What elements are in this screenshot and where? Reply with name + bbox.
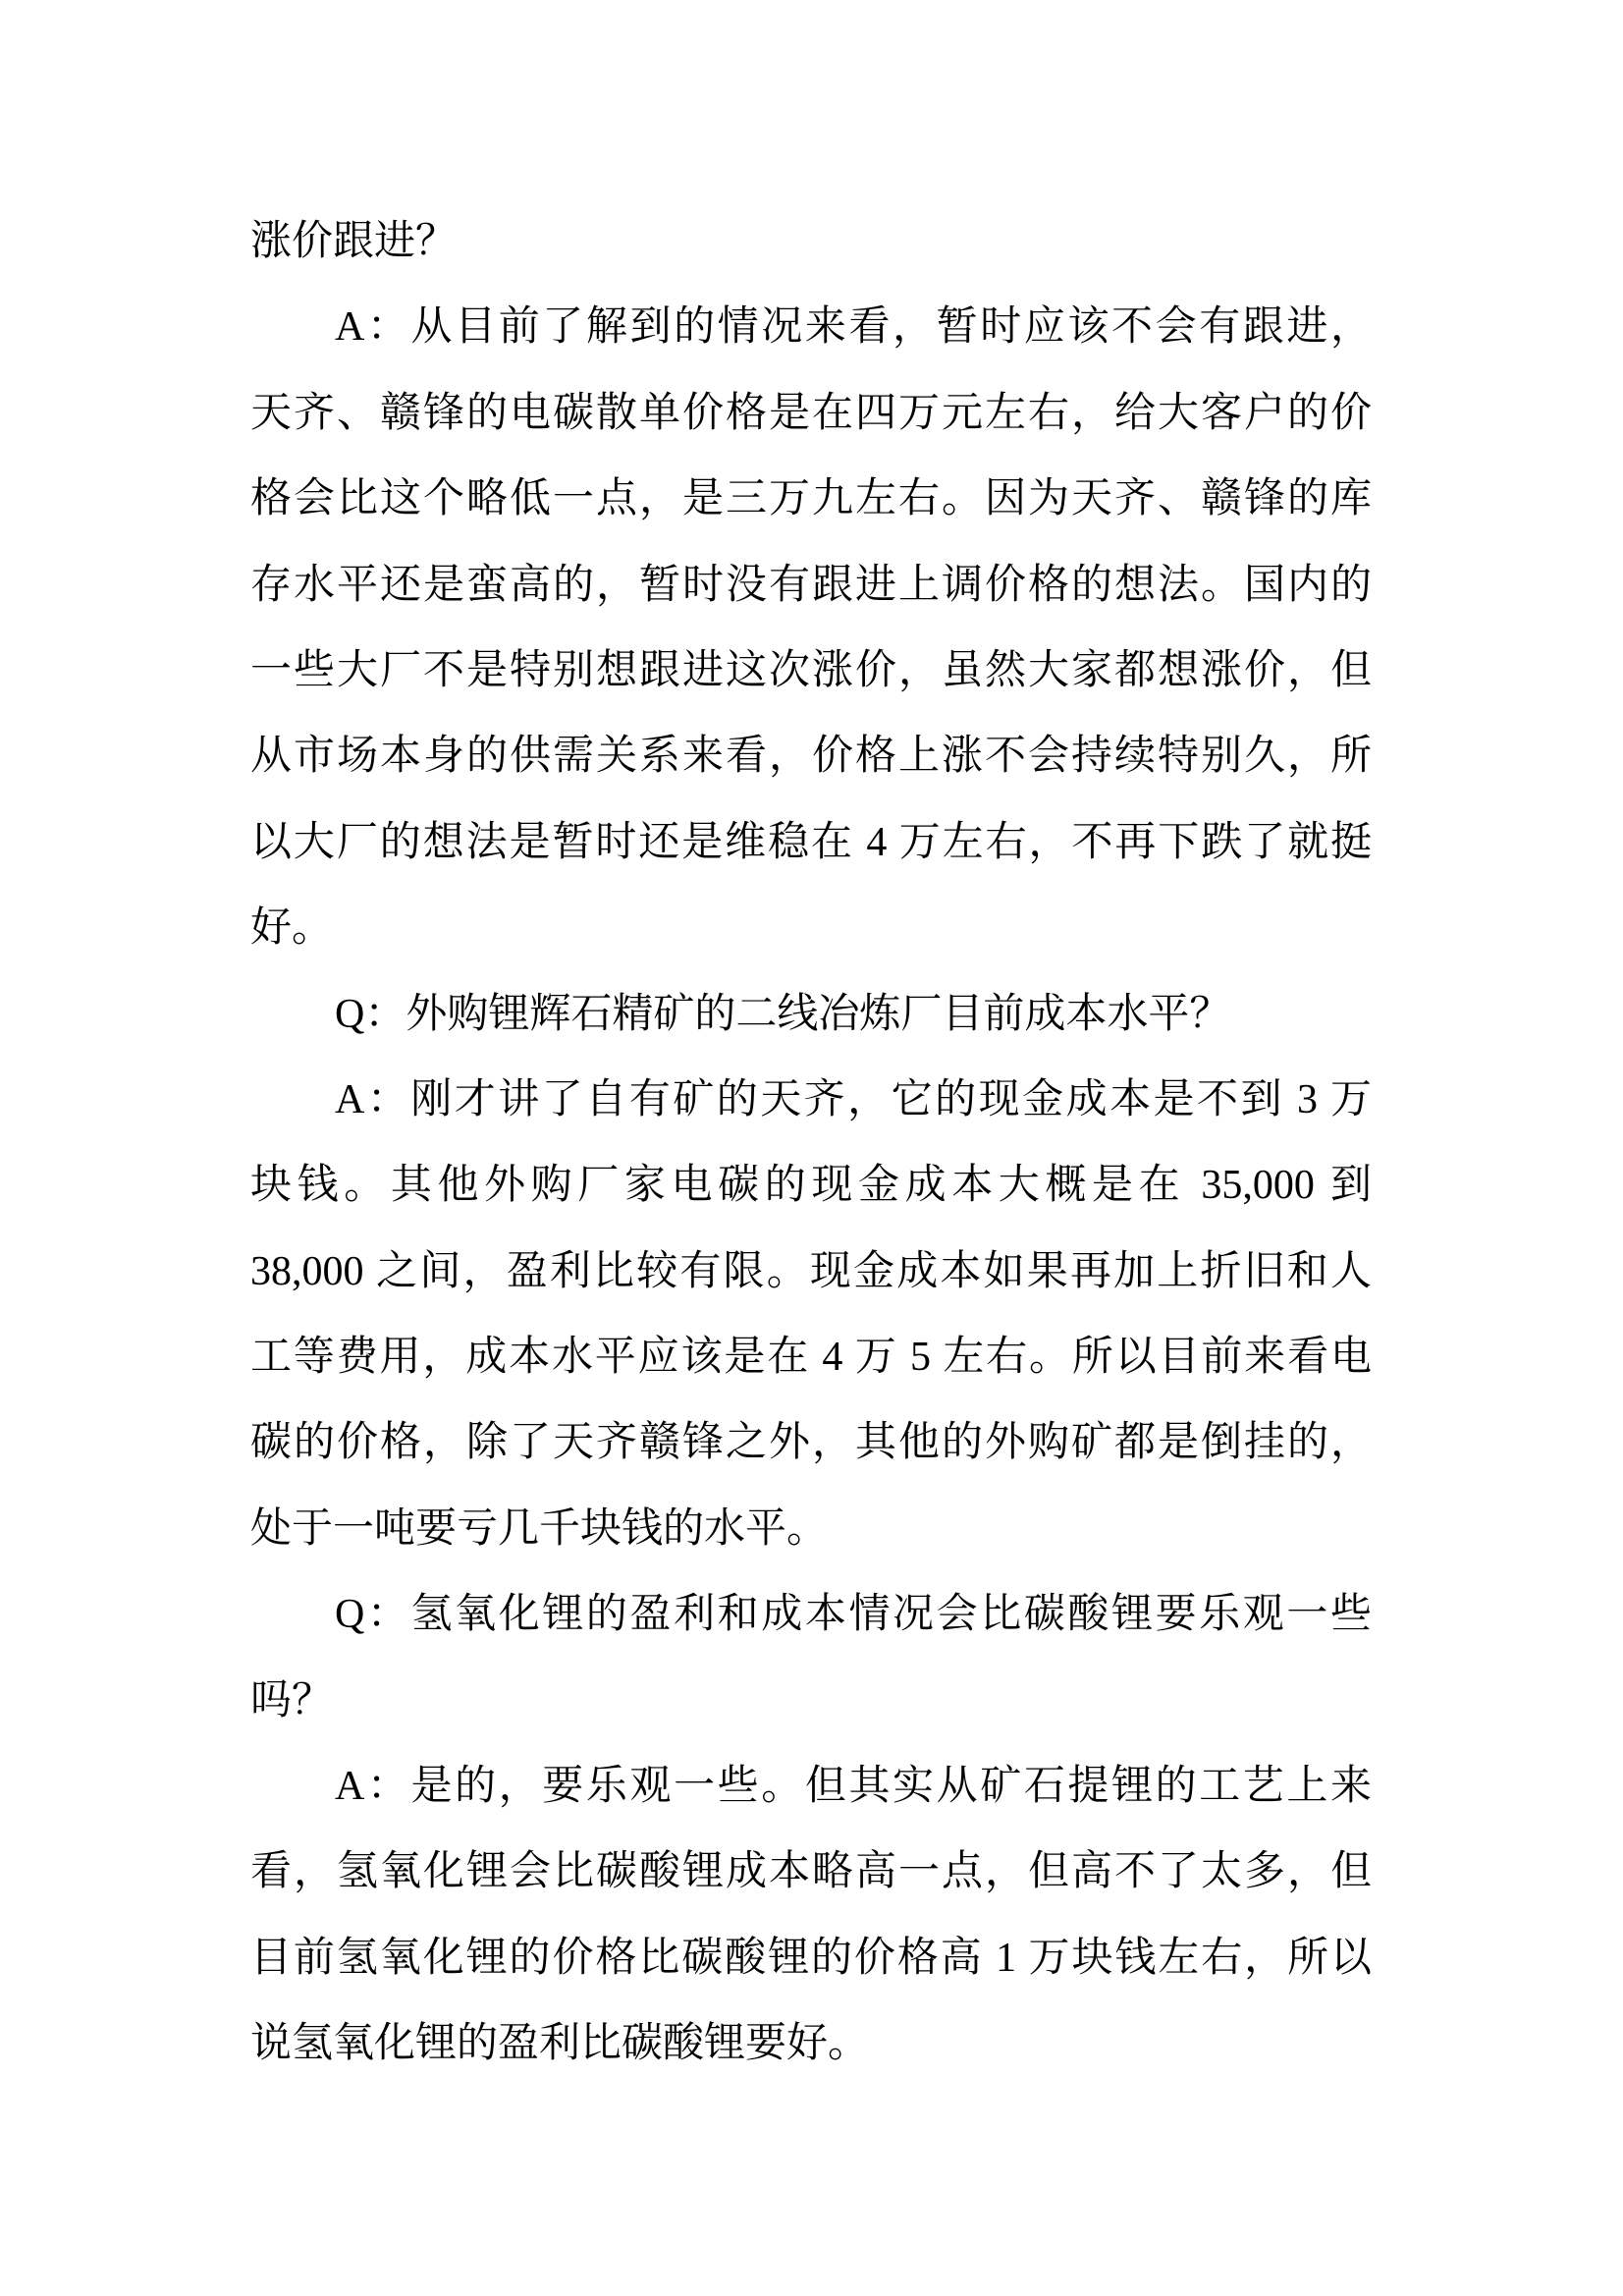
- text-line: 存水平还是蛮高的，暂时没有跟进上调价格的想法。国内的: [250, 543, 1372, 629]
- text-line: 处于一吨要亏几千块钱的水平。: [250, 1487, 1372, 1572]
- text-line: 涨价跟进？: [250, 199, 1372, 285]
- question-line: Q：氢氧化锂的盈利和成本情况会比碳酸锂要乐观一些: [250, 1572, 1372, 1658]
- text-line: 38,000 之间，盈利比较有限。现金成本如果再加上折旧和人: [250, 1230, 1372, 1315]
- text-line: 目前氢氧化锂的价格比碳酸锂的价格高 1 万块钱左右，所以: [250, 1916, 1372, 2001]
- text-line: 一些大厂不是特别想跟进这次涨价，虽然大家都想涨价，但: [250, 629, 1372, 714]
- question-line: Q：外购锂辉石精矿的二线冶炼厂目前成本水平？: [250, 972, 1372, 1058]
- answer-line: A：从目前了解到的情况来看，暂时应该不会有跟进，: [250, 285, 1372, 370]
- text-line: 天齐、赣锋的电碳散单价格是在四万元左右，给大客户的价: [250, 371, 1372, 457]
- text-line: 工等费用，成本水平应该是在 4 万 5 左右。所以目前来看电: [250, 1315, 1372, 1400]
- text-line: 碳的价格，除了天齐赣锋之外，其他的外购矿都是倒挂的，: [250, 1400, 1372, 1486]
- answer-line: A：刚才讲了自有矿的天齐，它的现金成本是不到 3 万: [250, 1058, 1372, 1143]
- answer-line: A：是的，要乐观一些。但其实从矿石提锂的工艺上来: [250, 1744, 1372, 1830]
- text-line: 好。: [250, 886, 1372, 971]
- document-page: 涨价跟进？ A：从目前了解到的情况来看，暂时应该不会有跟进， 天齐、赣锋的电碳散…: [0, 0, 1623, 2296]
- text-line: 格会比这个略低一点，是三万九左右。因为天齐、赣锋的库: [250, 457, 1372, 542]
- text-line: 说氢氧化锂的盈利比碳酸锂要好。: [250, 2001, 1372, 2087]
- text-line: 块钱。其他外购厂家电碳的现金成本大概是在 35,000 到: [250, 1143, 1372, 1229]
- text-block: 涨价跟进？ A：从目前了解到的情况来看，暂时应该不会有跟进， 天齐、赣锋的电碳散…: [250, 199, 1372, 2088]
- text-line: 以大厂的想法是暂时还是维稳在 4 万左右，不再下跌了就挺: [250, 800, 1372, 886]
- text-line: 吗？: [250, 1659, 1372, 1744]
- text-line: 从市场本身的供需关系来看，价格上涨不会持续特别久，所: [250, 714, 1372, 799]
- text-line: 看，氢氧化锂会比碳酸锂成本略高一点，但高不了太多，但: [250, 1830, 1372, 1915]
